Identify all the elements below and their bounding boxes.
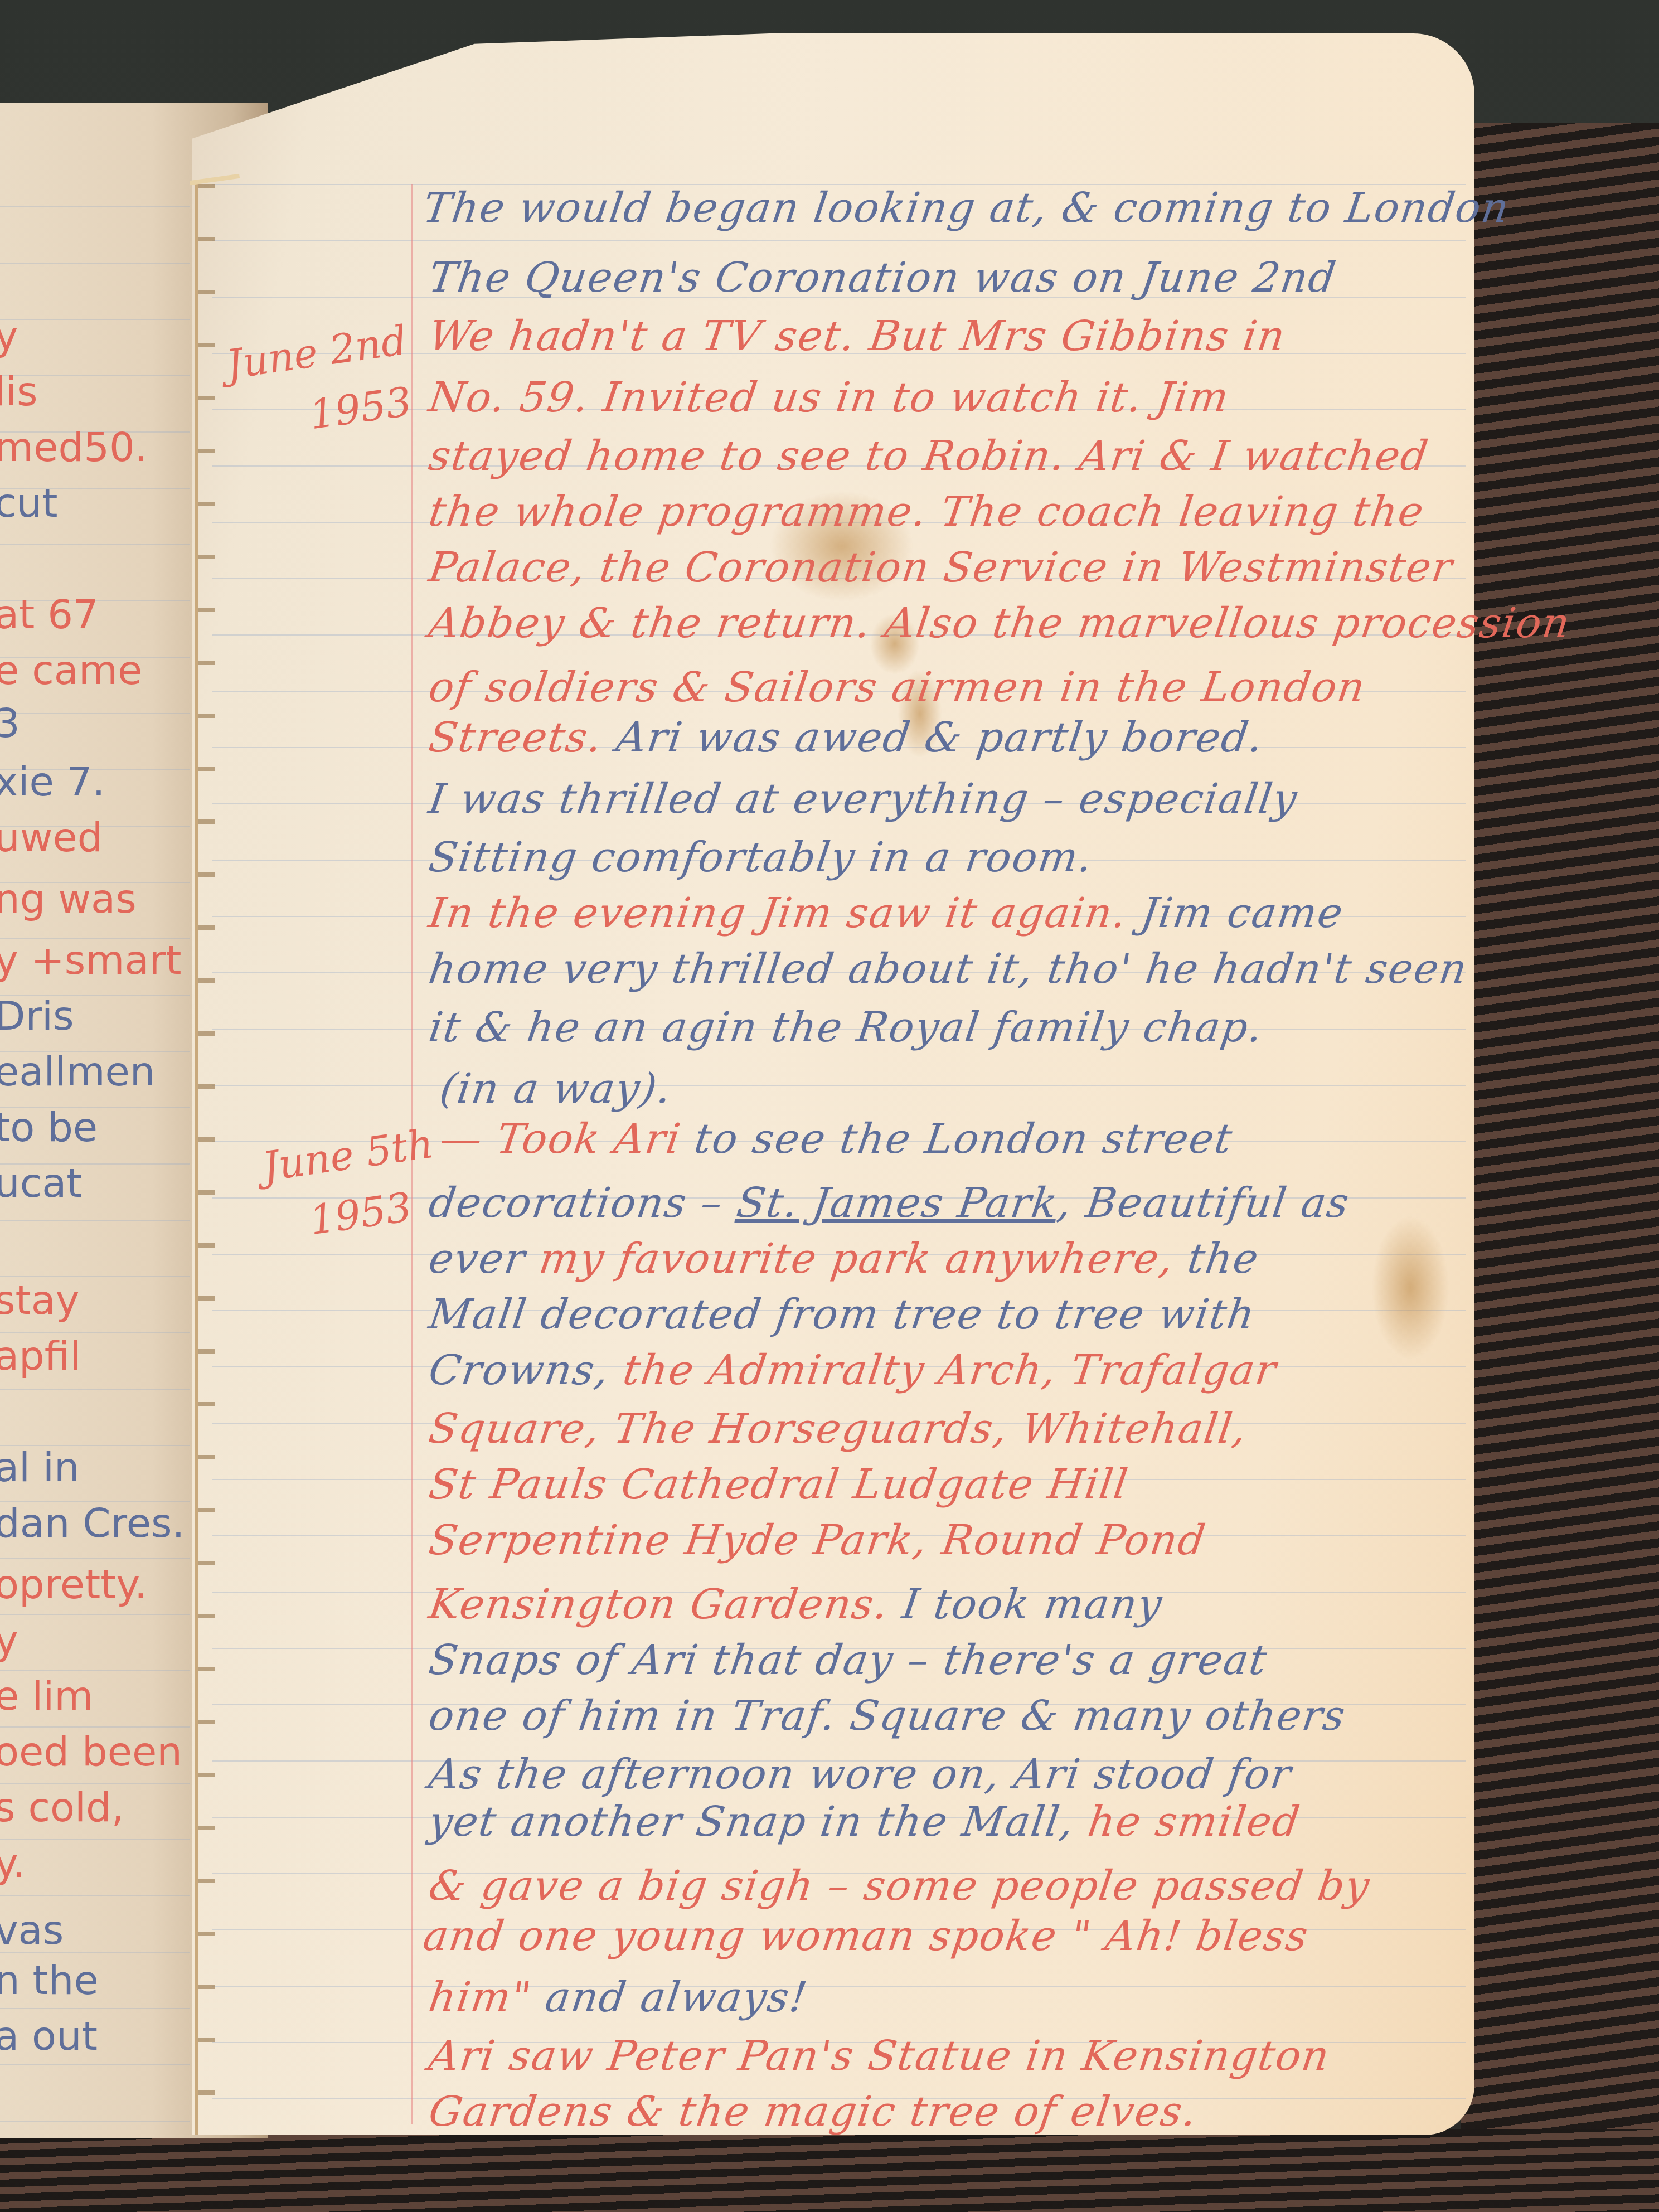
diary-line: Square, The Horseguards, Whitehall, — [426, 1405, 1250, 1453]
diary-line: home very thrilled about it, tho' he had… — [426, 945, 1471, 993]
line-segment: As the afternoon wore on, Ari stood for — [426, 1750, 1295, 1798]
line-segment: Ari was awed & partly bored. — [613, 714, 1267, 761]
diary-line: Mall decorated from tree to tree with — [426, 1291, 1259, 1338]
left-page-fragment: xie 7. — [0, 758, 105, 805]
diary-line: Sitting comfortably in a room. — [426, 833, 1097, 881]
diary-line: Crowns, the Admiralty Arch, Trafalgar — [426, 1346, 1280, 1394]
line-segment: and always! — [542, 1973, 811, 2021]
line-segment: home very thrilled about it, tho' he had… — [426, 945, 1471, 993]
ruled-line — [212, 1986, 1466, 1987]
diary-line: stayed home to see to Robin. Ari & I wat… — [426, 432, 1432, 480]
left-page-fragment: apfil — [0, 1332, 81, 1379]
line-segment: the — [1171, 1235, 1263, 1283]
left-page-fragment: oed been — [0, 1728, 182, 1775]
diary-line: — Took Ari to see the London street — [437, 1115, 1236, 1163]
left-page-fragment: 3 — [0, 700, 20, 746]
left-ruled-line — [0, 713, 190, 714]
left-page-fragment: e came — [0, 647, 142, 693]
line-segment: Ari saw Peter Pan's Statue in Kensington — [426, 2032, 1333, 2080]
left-ruled-line — [0, 1389, 190, 1390]
diary-line: As the afternoon wore on, Ari stood for — [426, 1750, 1295, 1798]
line-segment: decorations – — [426, 1179, 740, 1227]
line-segment: stayed home to see to Robin. Ari & I wat… — [426, 432, 1432, 480]
line-segment: the whole programme. The coach leaving t… — [426, 488, 1428, 536]
line-segment: (in a way). — [437, 1065, 675, 1113]
left-page-fragment: y — [0, 1617, 18, 1663]
line-segment: Serpentine Hyde Park, Round Pond — [426, 1516, 1209, 1564]
line-segment: to see the London street — [692, 1115, 1236, 1163]
diary-line: The would began looking at, & coming to … — [420, 184, 1513, 232]
diary-line: Kensington Gardens. I took many — [426, 1580, 1166, 1628]
line-segment: Mall decorated from tree to tree with — [426, 1291, 1259, 1338]
left-ruled-line — [0, 2064, 190, 2065]
line-segment: he smiled — [1085, 1798, 1303, 1846]
line-segment: it & he an agin the Royal family chap. — [426, 1003, 1267, 1051]
diary-line: and one young woman spoke " Ah! bless — [420, 1912, 1312, 1960]
line-segment: Crowns, — [426, 1346, 627, 1394]
diary-line: & gave a big sigh – some people passed b… — [426, 1862, 1374, 1910]
left-page-fragment: ucat — [0, 1160, 83, 1206]
wood-table-surface — [1461, 123, 1659, 2212]
line-segment: Sitting comfortably in a room. — [426, 833, 1097, 881]
left-page-fragment: to be — [0, 1104, 98, 1151]
line-segment: , Beautiful as — [1055, 1179, 1353, 1227]
left-ruled-line — [0, 1558, 190, 1559]
underlined-text: St. James Park — [734, 1179, 1061, 1227]
line-segment: The Queen's Coronation was on June 2nd — [426, 254, 1340, 302]
line-segment: Square, The Horseguards, Whitehall, — [426, 1405, 1250, 1453]
left-ruled-line — [0, 1839, 190, 1840]
left-ruled-line — [0, 1614, 190, 1615]
line-segment: No. 59. Invited us in to watch it. Jim — [426, 373, 1233, 421]
left-ruled-line — [0, 544, 190, 545]
left-page-fragment: al in — [0, 1444, 80, 1491]
binding-spine — [195, 184, 215, 2135]
diary-line: Streets. Ari was awed & partly bored. — [426, 714, 1267, 761]
line-segment: St Pauls Cathedral Ludgate Hill — [426, 1461, 1132, 1508]
diary-line: I was thrilled at everything – especiall… — [426, 775, 1301, 823]
left-page-fragment: dan Cres. — [0, 1500, 185, 1546]
left-page-fragment: e lim — [0, 1672, 93, 1719]
age-stain — [1371, 1215, 1449, 1360]
diary-line: No. 59. Invited us in to watch it. Jim — [426, 373, 1233, 421]
left-ruled-line — [0, 206, 190, 207]
left-page-fragment: a out — [0, 2012, 98, 2059]
left-ruled-line — [0, 263, 190, 264]
line-segment: and one young woman spoke " Ah! bless — [420, 1912, 1312, 1960]
left-page-fragment: eallmen — [0, 1048, 156, 1095]
line-segment: Gardens & the magic tree of elves. — [426, 2088, 1201, 2136]
line-segment: We hadn't a TV set. But Mrs Gibbins in — [426, 312, 1289, 360]
diary-line: ever my favourite park anywhere, the — [426, 1235, 1263, 1283]
diary-line: Ari saw Peter Pan's Statue in Kensington — [426, 2032, 1333, 2080]
left-page-fragment: n the — [0, 1957, 99, 2004]
line-segment: him" — [426, 1973, 549, 2021]
line-segment: my favourite park anywhere, — [536, 1235, 1177, 1283]
left-page-fragment: at 67 — [0, 591, 99, 638]
line-segment: & gave a big sigh – some people passed b… — [426, 1862, 1374, 1910]
diary-line: (in a way). — [437, 1065, 675, 1113]
line-segment: I was thrilled at everything – especiall… — [426, 775, 1301, 823]
left-page-fragment: vas — [0, 1907, 64, 1953]
line-segment: yet another Snap in the Mall, — [426, 1798, 1092, 1846]
diary-line: him" and always! — [426, 1973, 811, 2021]
left-ruled-line — [0, 1895, 190, 1896]
left-page-fragment: cut — [0, 479, 57, 526]
diary-line: one of him in Traf. Square & many others — [426, 1692, 1349, 1740]
left-page-fragment: y — [0, 312, 18, 359]
left-page-fragment: y +smart — [0, 937, 181, 983]
line-segment: the Admiralty Arch, Trafalgar — [620, 1346, 1280, 1394]
diary-line: We hadn't a TV set. But Mrs Gibbins in — [426, 312, 1289, 360]
diary-line: decorations – St. James Park, Beautiful … — [426, 1179, 1353, 1227]
diary-line: The Queen's Coronation was on June 2nd — [426, 254, 1340, 302]
left-page-fragment: med50. — [0, 424, 148, 470]
diary-line: of soldiers & Sailors airmen in the Lond… — [426, 663, 1369, 711]
diary-line: the whole programme. The coach leaving t… — [426, 488, 1428, 536]
left-page-fragment: stay — [0, 1277, 79, 1323]
line-segment: one of him in Traf. Square & many others — [426, 1692, 1349, 1740]
line-segment: Snaps of Ari that day – there's a great — [426, 1636, 1270, 1684]
ruled-line — [212, 1085, 1466, 1086]
left-page-fragment: Dris — [0, 992, 74, 1039]
left-page-fragment: ng was — [0, 875, 137, 922]
line-segment: I took many — [899, 1580, 1166, 1628]
diary-line: it & he an agin the Royal family chap. — [426, 1003, 1267, 1051]
diary-line: Gardens & the magic tree of elves. — [426, 2088, 1201, 2136]
left-ruled-line — [0, 1220, 190, 1221]
left-page-fragment: s cold, — [0, 1784, 124, 1831]
line-segment: In the evening Jim saw it again. — [426, 889, 1144, 937]
line-segment: Abbey & the return. Also the marvellous … — [426, 599, 1574, 647]
diary-line: Abbey & the return. Also the marvellous … — [426, 599, 1574, 647]
diary-line: Serpentine Hyde Park, Round Pond — [426, 1516, 1209, 1564]
left-ruled-line — [0, 2121, 190, 2122]
left-page-fragment: opretty. — [0, 1561, 147, 1608]
wood-table-surface-bottom — [0, 2129, 1659, 2212]
line-segment: Palace, the Coronation Service in Westmi… — [426, 544, 1456, 591]
left-ruled-line — [0, 2008, 190, 2009]
ruled-line — [212, 240, 1466, 241]
left-page-fragment: uwed — [0, 814, 103, 861]
left-ruled-line — [0, 1670, 190, 1671]
line-segment: Jim came — [1138, 889, 1347, 937]
diary-line: St Pauls Cathedral Ludgate Hill — [426, 1461, 1132, 1508]
diary-line: In the evening Jim saw it again. Jim cam… — [426, 889, 1347, 937]
line-segment: The would began looking at, & coming to … — [420, 184, 1513, 232]
line-segment: Kensington Gardens. — [426, 1580, 906, 1628]
line-segment: — Took Ari — [437, 1115, 698, 1163]
left-page-fragment: lis — [0, 368, 38, 415]
left-page-fragment: y. — [0, 1840, 25, 1886]
left-ruled-line — [0, 319, 190, 320]
left-ruled-line — [0, 1726, 190, 1728]
diary-line: Palace, the Coronation Service in Westmi… — [426, 544, 1456, 591]
line-segment: Streets. — [426, 714, 620, 761]
diary-line: yet another Snap in the Mall, he smiled — [426, 1798, 1303, 1846]
line-segment: of soldiers & Sailors airmen in the Lond… — [426, 663, 1369, 711]
diary-line: Snaps of Ari that day – there's a great — [426, 1636, 1270, 1684]
line-segment: ever — [426, 1235, 543, 1283]
